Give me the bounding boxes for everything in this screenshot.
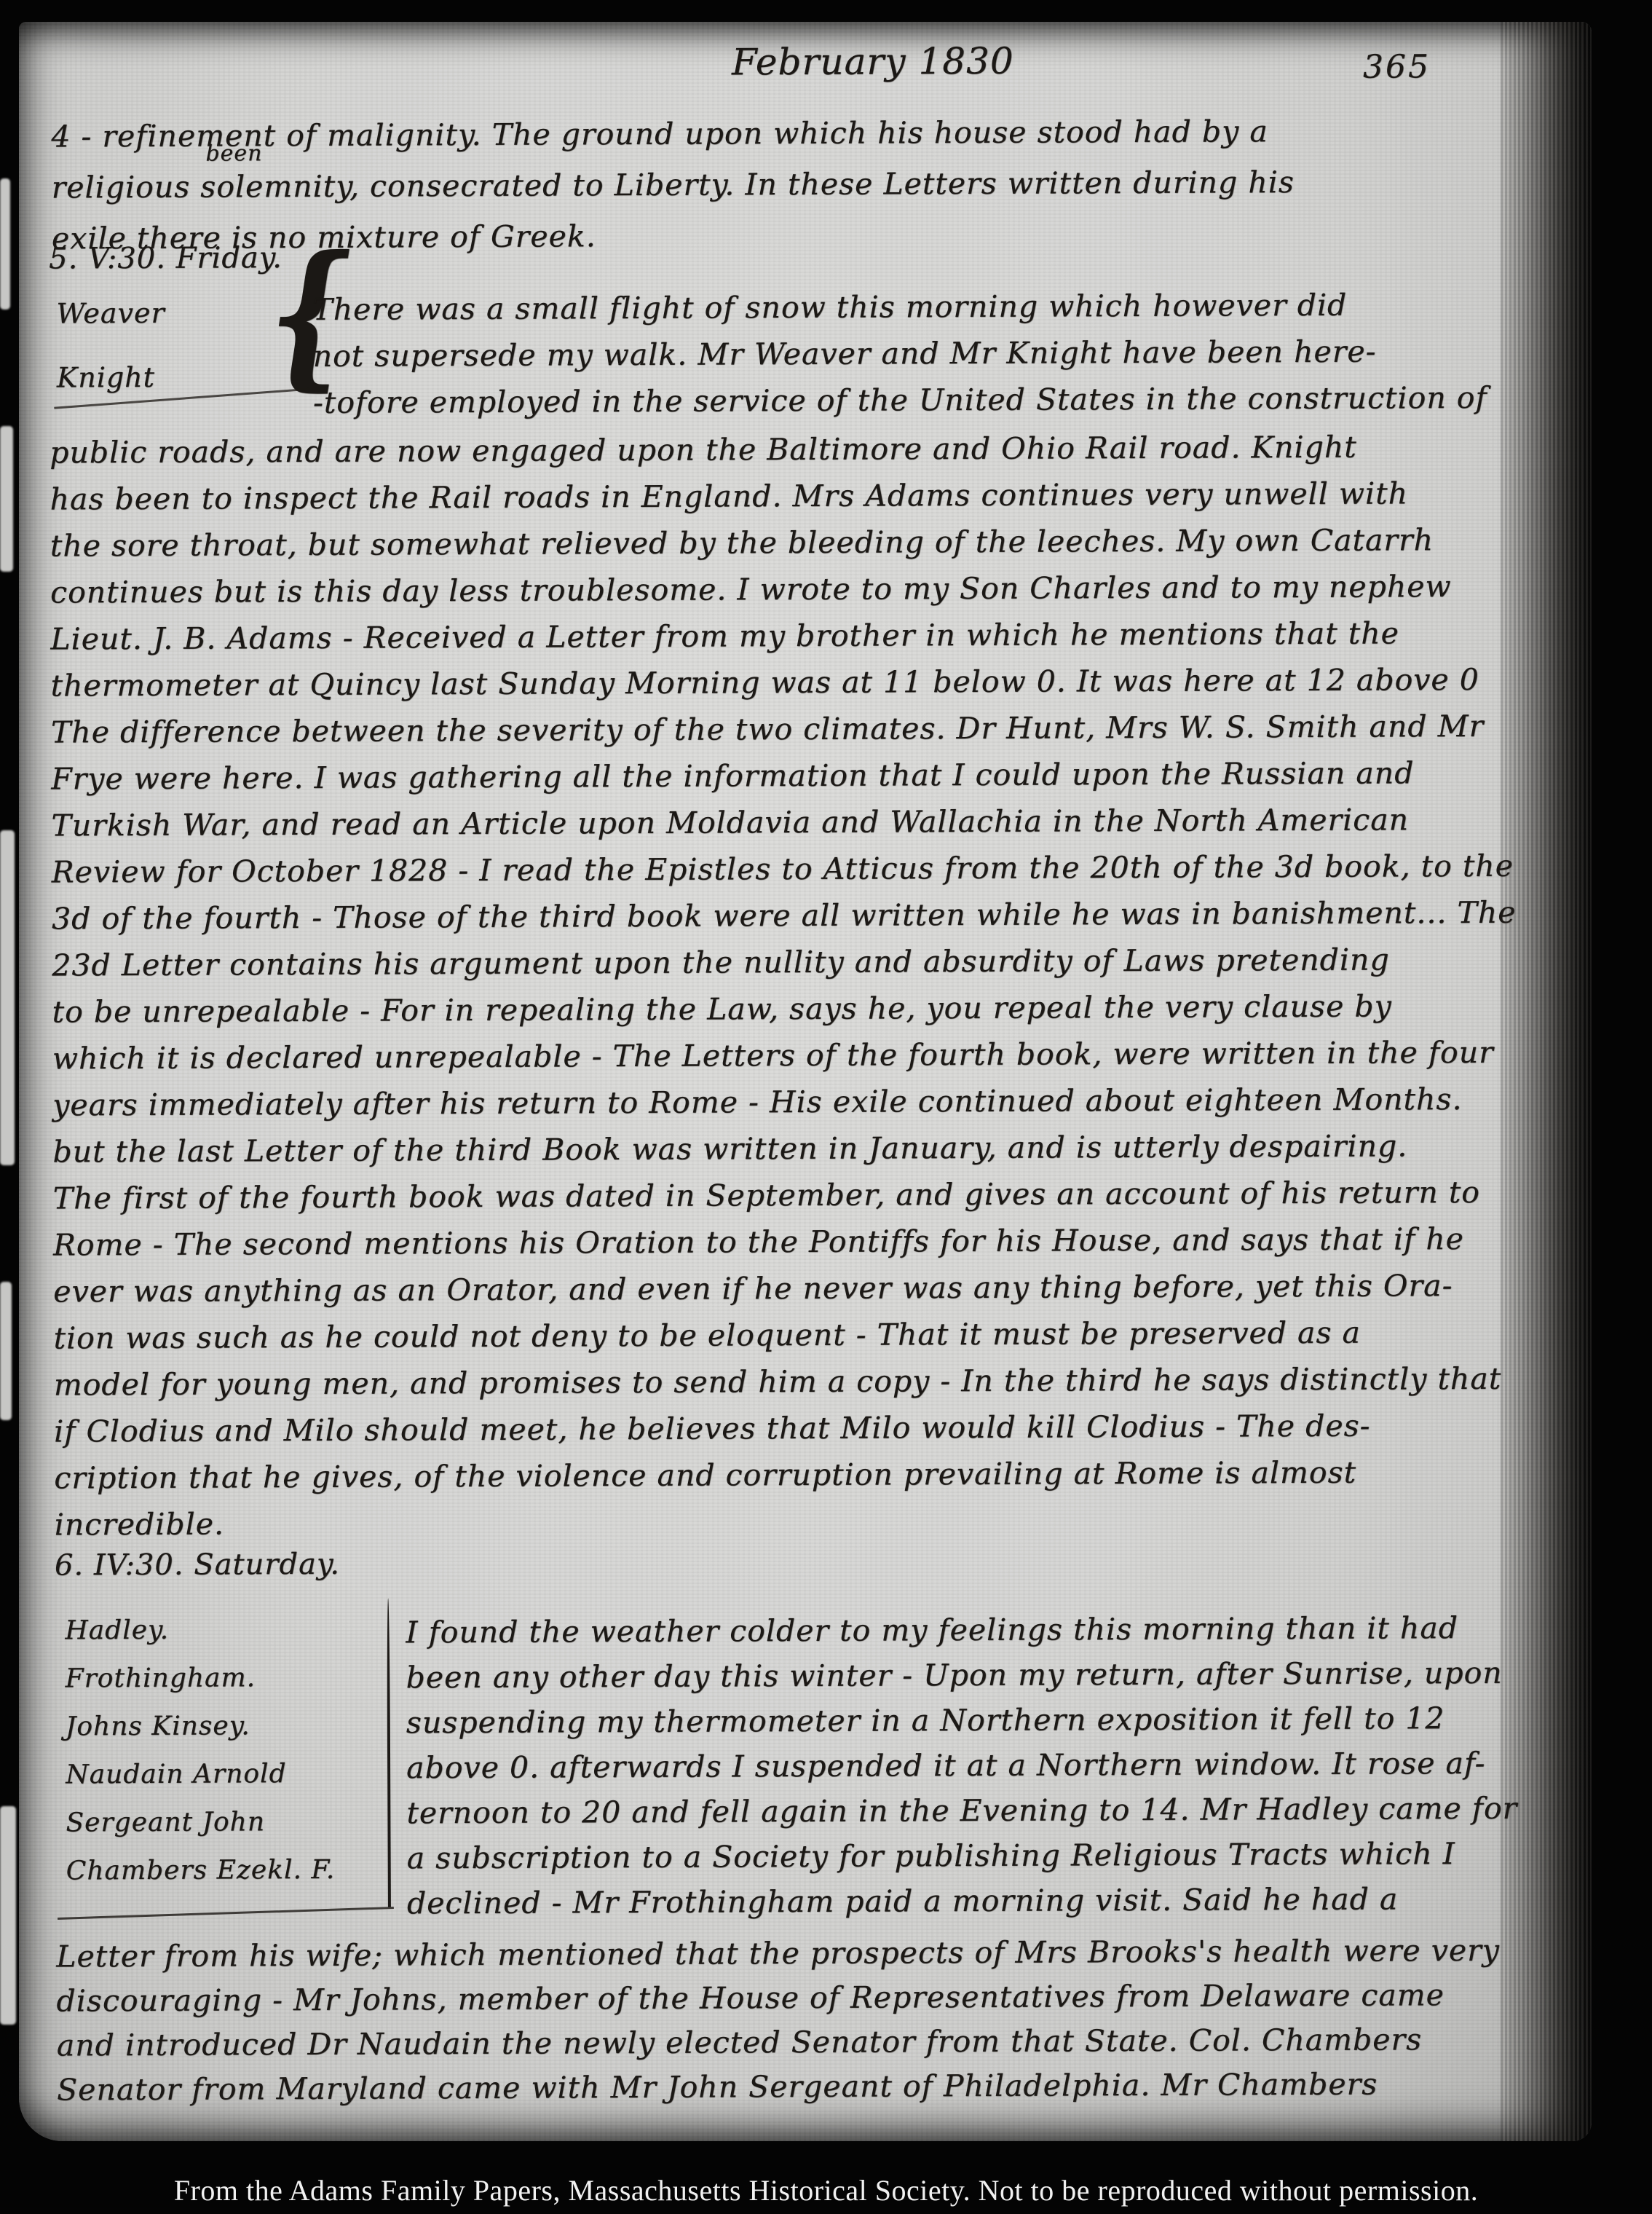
manuscript-line: cription that he gives, of the violence …	[54, 1449, 1519, 1502]
manuscript-line: Rome - The second mentions his Oration t…	[53, 1216, 1518, 1269]
manuscript-line: Turkish War, and read an Article upon Mo…	[51, 796, 1516, 849]
manuscript-line: model for young men, and promises to sen…	[54, 1355, 1519, 1409]
diary-page: February 1830 365 4 - refinement of mali…	[19, 22, 1592, 2141]
continuation-paragraph: 4 - refinement of malignity. The ground …	[51, 106, 1295, 264]
entry-5-body: public roads, and are now engaged upon t…	[50, 423, 1519, 1548]
manuscript-line: There was a small flight of snow this mo…	[312, 281, 1487, 333]
manuscript-line: I found the weather colder to my feeling…	[406, 1605, 1517, 1655]
manuscript-line: if Clodius and Milo should meet, he beli…	[54, 1402, 1519, 1455]
manuscript-line: a subscription to a Society for publishi…	[407, 1831, 1518, 1881]
entry-5-margin-names: WeaverKnight	[56, 281, 165, 410]
entry-6-margin-names: Hadley.Frothingham.Johns Kinsey.Naudain …	[65, 1606, 335, 1896]
manuscript-line: and introduced Dr Naudain the newly elec…	[57, 2017, 1501, 2068]
manuscript-line: public roads, and are now engaged upon t…	[50, 423, 1514, 476]
adjacent-page-edge	[0, 178, 10, 310]
entry-6-date-heading: 6. IV:30. Saturday.	[55, 1548, 340, 1583]
adjacent-page-edge	[0, 1806, 16, 2025]
manuscript-line: thermometer at Quincy last Sunday Mornin…	[50, 656, 1515, 709]
interline-correction: been	[205, 141, 262, 166]
manuscript-line: Lieut. J. B. Adams - Received a Letter f…	[50, 610, 1515, 663]
entry-6-indented-lines: I found the weather colder to my feeling…	[406, 1605, 1518, 1926]
manuscript-line: Senator from Maryland came with Mr John …	[57, 2062, 1501, 2113]
adjacent-page-edge	[0, 1282, 12, 1420]
manuscript-line: which it is declared unrepealable - The …	[52, 1029, 1517, 1082]
manuscript-line: been any other day this winter - Upon my…	[406, 1650, 1517, 1701]
manuscript-scan-photo: February 1830 365 4 - refinement of mali…	[0, 0, 1652, 2214]
margin-divider-stroke	[58, 1907, 394, 1920]
margin-name: Johns Kinsey.	[66, 1702, 335, 1752]
manuscript-line: the sore throat, but somewhat relieved b…	[50, 516, 1515, 570]
manuscript-line: Frye were here. I was gathering all the …	[51, 749, 1516, 803]
manuscript-line: to be unrepealable - For in repealing th…	[52, 982, 1517, 1036]
manuscript-line: Letter from his wife; which mentioned th…	[56, 1929, 1500, 1979]
margin-name: Chambers Ezekl. F.	[66, 1846, 336, 1896]
manuscript-line: 23d Letter contains his argument upon th…	[52, 936, 1517, 989]
margin-name: Hadley.	[65, 1606, 334, 1655]
manuscript-line: The first of the fourth book was dated i…	[53, 1169, 1518, 1222]
manuscript-line: continues but is this day less troubleso…	[50, 563, 1515, 616]
manuscript-line: ever was anything as an Orator, and even…	[53, 1262, 1518, 1315]
manuscript-line: tion was such as he could not deny to be…	[53, 1309, 1518, 1362]
manuscript-line: ternoon to 20 and fell again in the Even…	[406, 1786, 1517, 1836]
margin-name: Sergeant John	[66, 1798, 335, 1848]
manuscript-line: discouraging - Mr Johns, member of the H…	[56, 1973, 1500, 2024]
manuscript-line: incredible.	[55, 1495, 1519, 1548]
manuscript-line: years immediately after his return to Ro…	[52, 1076, 1517, 1129]
entry-5-date-heading: 5. V:30. Friday.	[49, 241, 282, 275]
manuscript-line: not supersede my walk. Mr Weaver and Mr …	[313, 328, 1487, 379]
manuscript-line: above 0. afterwards I suspended it at a …	[406, 1741, 1517, 1791]
manuscript-line: 3d of the fourth - Those of the third bo…	[52, 889, 1517, 942]
brace-line-icon	[387, 1598, 391, 1907]
manuscript-line: but the last Letter of the third Book wa…	[52, 1122, 1517, 1175]
margin-name: Naudain Arnold	[66, 1750, 335, 1800]
margin-name: Weaver	[56, 281, 165, 346]
margin-name: Frothingham.	[65, 1654, 334, 1703]
page-number: 365	[1363, 48, 1431, 85]
manuscript-line: -tofore employed in the service of the U…	[313, 374, 1487, 426]
manuscript-line: Review for October 1828 - I read the Epi…	[52, 843, 1517, 896]
adjacent-page-edge	[0, 830, 15, 1165]
entry-6-body: Letter from his wife; which mentioned th…	[56, 1929, 1501, 2113]
entry-5-indented-lines: There was a small flight of snow this mo…	[312, 281, 1487, 426]
handwritten-content: February 1830 365 4 - refinement of mali…	[15, 18, 1597, 2144]
manuscript-line: has been to inspect the Rail roads in En…	[50, 470, 1514, 523]
manuscript-line: The difference between the severity of t…	[51, 703, 1516, 756]
manuscript-line: suspending my thermometer in a Northern …	[406, 1695, 1517, 1746]
page-header-month: February 1830	[732, 40, 1014, 84]
adjacent-page-edge	[0, 426, 13, 572]
archive-caption: From the Adams Family Papers, Massachuse…	[0, 2173, 1652, 2207]
manuscript-line: declined - Mr Frothingham paid a morning…	[407, 1876, 1518, 1926]
